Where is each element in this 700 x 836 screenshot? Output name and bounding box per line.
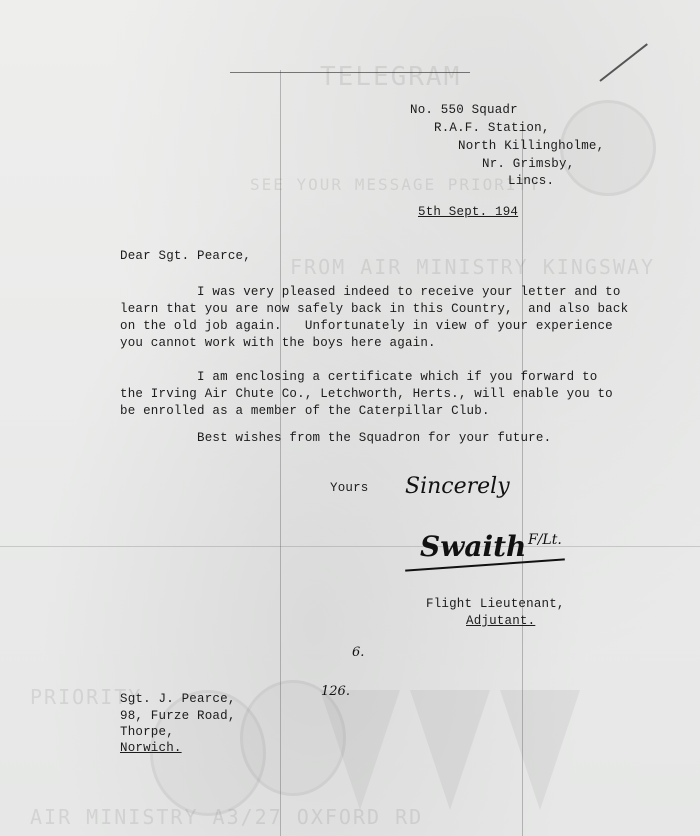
recipient-line: 98, Furze Road, bbox=[120, 709, 236, 724]
signatory-title: Flight Lieutenant, bbox=[426, 597, 565, 612]
letter-date: 5th Sept. 194 bbox=[418, 205, 518, 220]
ghost-text: SEE YOUR MESSAGE PRIORITY bbox=[250, 175, 541, 194]
recipient-city: Norwich. bbox=[120, 741, 182, 756]
body-line: I was very pleased indeed to receive you… bbox=[120, 285, 621, 300]
salutation: Dear Sgt. Pearce, bbox=[120, 249, 251, 264]
signatory-role: Adjutant. bbox=[466, 614, 535, 629]
ghost-star-medal bbox=[320, 690, 400, 810]
scanned-letter-page: TELEGRAM SEE YOUR MESSAGE PRIORITY FROM … bbox=[0, 0, 700, 836]
letterhead-line: R.A.F. Station, bbox=[434, 121, 550, 136]
body-line: on the old job again. Unfortunately in v… bbox=[120, 319, 613, 334]
body-line: you cannot work with the boys here again… bbox=[120, 336, 436, 351]
fold-line bbox=[280, 70, 281, 836]
letterhead-line: No. 550 Squadr bbox=[410, 103, 518, 118]
body-line: Best wishes from the Squadron for your f… bbox=[120, 431, 551, 446]
signature-rank: F/Lt. bbox=[528, 532, 562, 548]
recipient-line: Sgt. J. Pearce, bbox=[120, 692, 236, 707]
letterhead-line: North Killingholme, bbox=[458, 139, 604, 154]
body-line: be enrolled as a member of the Caterpill… bbox=[120, 404, 490, 419]
letterhead-line: Nr. Grimsby, bbox=[482, 157, 574, 172]
ghost-text: FROM AIR MINISTRY KINGSWAY bbox=[290, 255, 655, 279]
fold-line bbox=[0, 546, 700, 547]
ghost-text: TELEGRAM bbox=[320, 62, 461, 92]
reference-number: 126. bbox=[321, 684, 350, 699]
recipient-line: Thorpe, bbox=[120, 725, 174, 740]
closing-typed: Yours bbox=[330, 481, 369, 496]
closing-handwritten: Sincerely bbox=[405, 474, 510, 499]
body-line: the Irving Air Chute Co., Letchworth, He… bbox=[120, 387, 613, 402]
paper-tear bbox=[599, 43, 648, 82]
fold-line bbox=[522, 130, 523, 836]
letterhead-line: Lincs. bbox=[508, 174, 554, 189]
ghost-star-medal bbox=[500, 690, 580, 810]
ghost-star-medal bbox=[410, 690, 490, 810]
signature: Swaith bbox=[420, 530, 526, 563]
fold-line bbox=[230, 72, 470, 73]
body-line: learn that you are now safely back in th… bbox=[120, 302, 628, 317]
body-line: I am enclosing a certificate which if yo… bbox=[120, 370, 597, 385]
page-mark: 6. bbox=[352, 645, 364, 660]
